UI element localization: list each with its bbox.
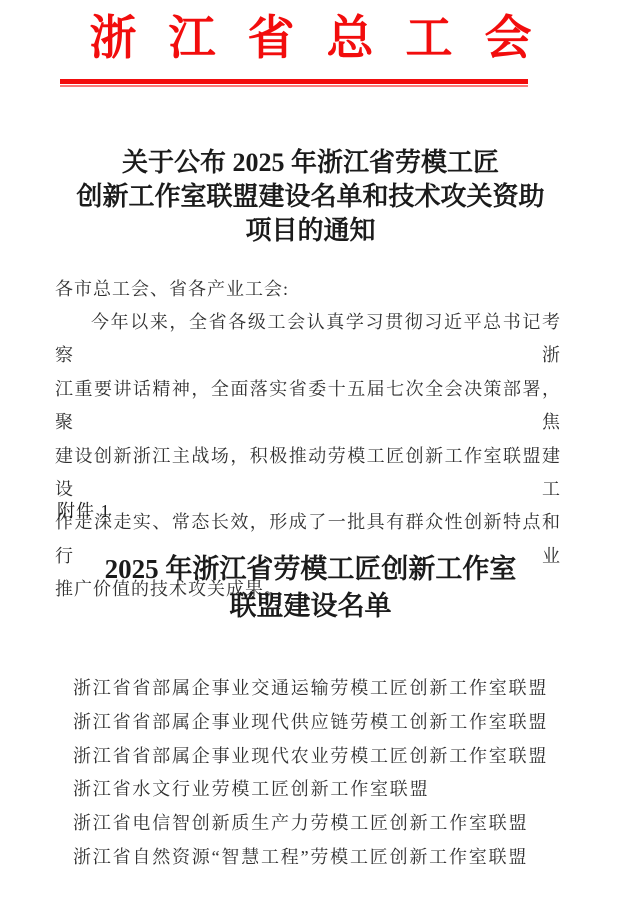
- letterhead-title: 浙江省总工会: [0, 8, 621, 70]
- document-page: 浙江省总工会 关于公布 2025 年浙江省劳模工匠 创新工作室联盟建设名单和技术…: [0, 0, 621, 905]
- alliance-list-item: 浙江省省部属企事业现代供应链劳模工创新工作室联盟: [73, 706, 591, 740]
- attachment-title-line-2: 联盟建设名单: [230, 591, 392, 621]
- red-separator: [60, 79, 528, 87]
- notice-title-line-3: 项目的通知: [245, 216, 375, 245]
- alliance-list-item: 浙江省省部属企事业现代农业劳模工匠创新工作室联盟: [73, 740, 591, 774]
- attachment-title: 2025 年浙江省劳模工匠创新工作室 联盟建设名单: [20, 551, 601, 625]
- alliance-list-item: 浙江省自然资源“智慧工程”劳模工匠创新工作室联盟: [73, 841, 591, 875]
- notice-title: 关于公布 2025 年浙江省劳模工匠 创新工作室联盟建设名单和技术攻关资助 项目…: [20, 146, 601, 248]
- notice-title-line-1: 关于公布 2025 年浙江省劳模工匠: [122, 148, 499, 177]
- salutation: 各市总工会、省各产业工会:: [55, 273, 561, 306]
- paragraph-line: 建设创新浙江主战场，积极推动劳模工匠创新工作室联盟建设工: [55, 440, 561, 507]
- attachment-title-line-1: 2025 年浙江省劳模工匠创新工作室: [105, 554, 517, 584]
- alliance-list-item: 浙江省水文行业劳模工匠创新工作室联盟: [73, 773, 591, 807]
- alliance-list-item: 浙江省省部属企事业交通运输劳模工匠创新工作室联盟: [73, 672, 591, 706]
- red-separator-thick-line: [60, 79, 528, 84]
- paragraph-line: 江重要讲话精神，全面落实省委十五届七次全会决策部署，聚焦: [55, 373, 561, 440]
- red-separator-thin-line: [60, 85, 528, 87]
- paragraph-line: 今年以来，全省各级工会认真学习贯彻习近平总书记考察浙: [55, 306, 561, 373]
- alliance-list: 浙江省省部属企事业交通运输劳模工匠创新工作室联盟 浙江省省部属企事业现代供应链劳…: [73, 672, 591, 875]
- notice-title-line-2: 创新工作室联盟建设名单和技术攻关资助: [76, 182, 544, 211]
- letterhead-text: 浙江省总工会: [90, 8, 564, 70]
- attachment-label: 附件 1: [57, 495, 111, 528]
- alliance-list-item: 浙江省电信智创新质生产力劳模工匠创新工作室联盟: [73, 807, 591, 841]
